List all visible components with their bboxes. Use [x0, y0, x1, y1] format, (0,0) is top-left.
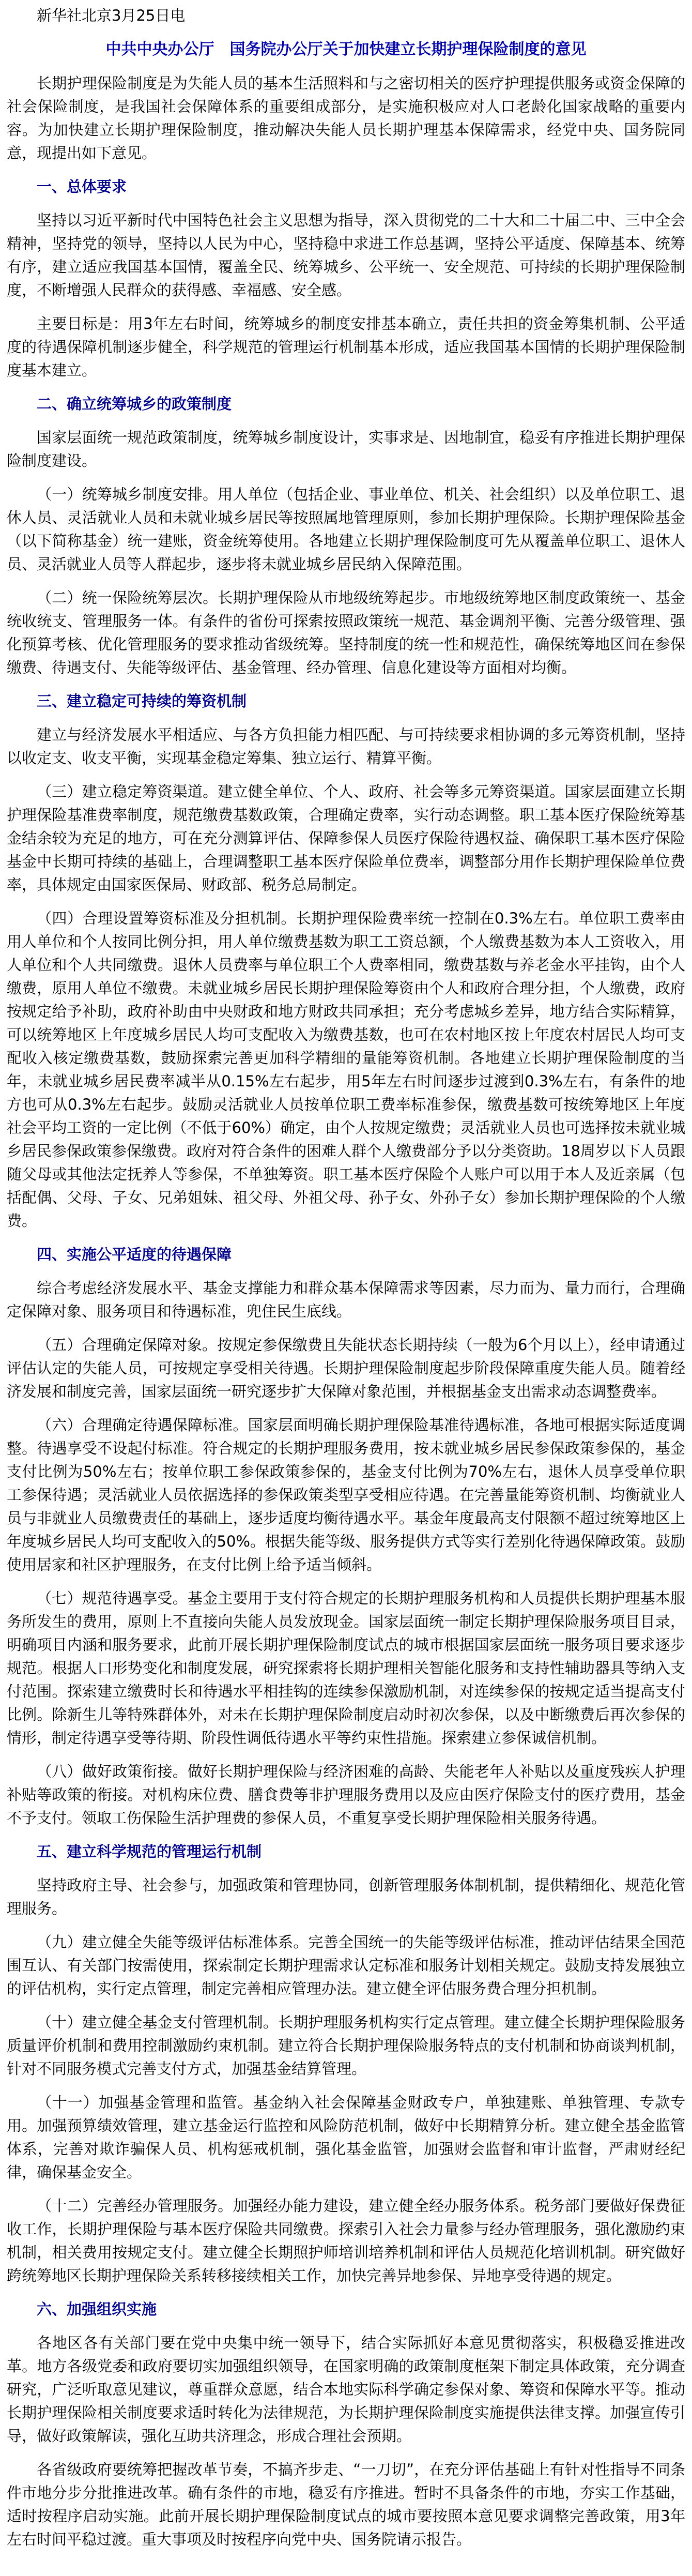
paragraph: 国家层面统一规范政策制度，统筹城乡制度设计，实事求是、因地制宜，稳妥有序推进长期…: [7, 426, 685, 473]
dateline: 新华社北京3月25日电: [7, 4, 685, 27]
paragraph: （四）合理设置筹资标准及分担机制。长期护理保险费率统一控制在0.3%左右。单位职…: [7, 907, 685, 1233]
section-heading: 四、实施公平适度的待遇保障: [7, 1243, 685, 1266]
paragraph: （十二）完善经办管理服务。加强经办能力建设，建立健全经办服务体系。税务部门要做好…: [7, 2194, 685, 2287]
document: 新华社北京3月25日电 中共中央办公厅 国务院办公厅关于加快建立长期护理保险制度…: [0, 0, 692, 2576]
paragraph: 长期护理保险制度是为失能人员的基本生活照料和与之密切相关的医疗护理提供服务或资金…: [7, 72, 685, 165]
paragraph: 综合考虑经济发展水平、基金支撑能力和群众基本保障需求等因素，尽力而为、量力而行，…: [7, 1277, 685, 1323]
paragraph: 主要目标是：用3年左右时间，统筹城乡的制度安排基本确立，责任共担的资金筹集机制、…: [7, 312, 685, 382]
paragraph: （六）合理确定待遇保障标准。国家层面明确长期护理保险基准待遇标准，各地可根据实际…: [7, 1414, 685, 1577]
paragraph: 各省级政府要统筹把握改革节奏，不搞齐步走、“一刀切”，在充分评估基础上有针对性指…: [7, 2458, 685, 2551]
section-heading: 二、确立统筹城乡的政策制度: [7, 392, 685, 416]
paragraph: （十）建立健全基金支付管理机制。长期护理服务机构实行定点管理。建立健全长期护理保…: [7, 2011, 685, 2081]
paragraph: （七）规范待遇享受。基金主要用于支付符合规定的长期护理服务机构和人员提供长期护理…: [7, 1587, 685, 1750]
paragraph: 各地区各有关部门要在党中央集中统一领导下，结合实际抓好本意见贯彻落实，积极稳妥推…: [7, 2331, 685, 2448]
section-heading: 三、建立稳定可持续的筹资机制: [7, 690, 685, 713]
paragraph: （五）合理确定保障对象。按规定参保缴费且失能状态长期持续（一般为6个月以上），经…: [7, 1334, 685, 1403]
document-title: 中共中央办公厅 国务院办公厅关于加快建立长期护理保险制度的意见: [7, 38, 685, 62]
section-heading: 五、建立科学规范的管理运行机制: [7, 1840, 685, 1863]
paragraph: （二）统一保险统筹层次。长期护理保险从市地级统筹起步。市地级统筹地区制度政策统一…: [7, 586, 685, 679]
paragraph: 坚持以习近平新时代中国特色社会主义思想为指导，深入贯彻党的二十大和二十届二中、三…: [7, 209, 685, 302]
paragraph: （一）统筹城乡制度安排。用人单位（包括企业、事业单位、机关、社会组织）以及单位职…: [7, 483, 685, 576]
paragraph: （八）做好政策衔接。做好长期护理保险与经济困难的高龄、失能老年人补贴以及重度残疾…: [7, 1760, 685, 1830]
paragraph: 坚持政府主导、社会参与，加强政策和管理协同，创新管理服务体制机制，提供精细化、规…: [7, 1874, 685, 1920]
paragraph: （十一）加强基金管理和监管。基金纳入社会保障基金财政专户，单独建账、单独管理、专…: [7, 2091, 685, 2184]
paragraph: （三）建立稳定筹资渠道。建立健全单位、个人、政府、社会等多元筹资渠道。国家层面建…: [7, 780, 685, 897]
document-body: 长期护理保险制度是为失能人员的基本生活照料和与之密切相关的医疗护理提供服务或资金…: [7, 72, 685, 2551]
section-heading: 一、总体要求: [7, 175, 685, 199]
paragraph: 建立与经济发展水平相适应、与各方负担能力相匹配、与可持续要求相协调的多元筹资机制…: [7, 723, 685, 770]
paragraph: （九）建立健全失能等级评估标准体系。完善全国统一的失能等级评估标准，推动评估结果…: [7, 1931, 685, 2001]
section-heading: 六、加强组织实施: [7, 2298, 685, 2321]
